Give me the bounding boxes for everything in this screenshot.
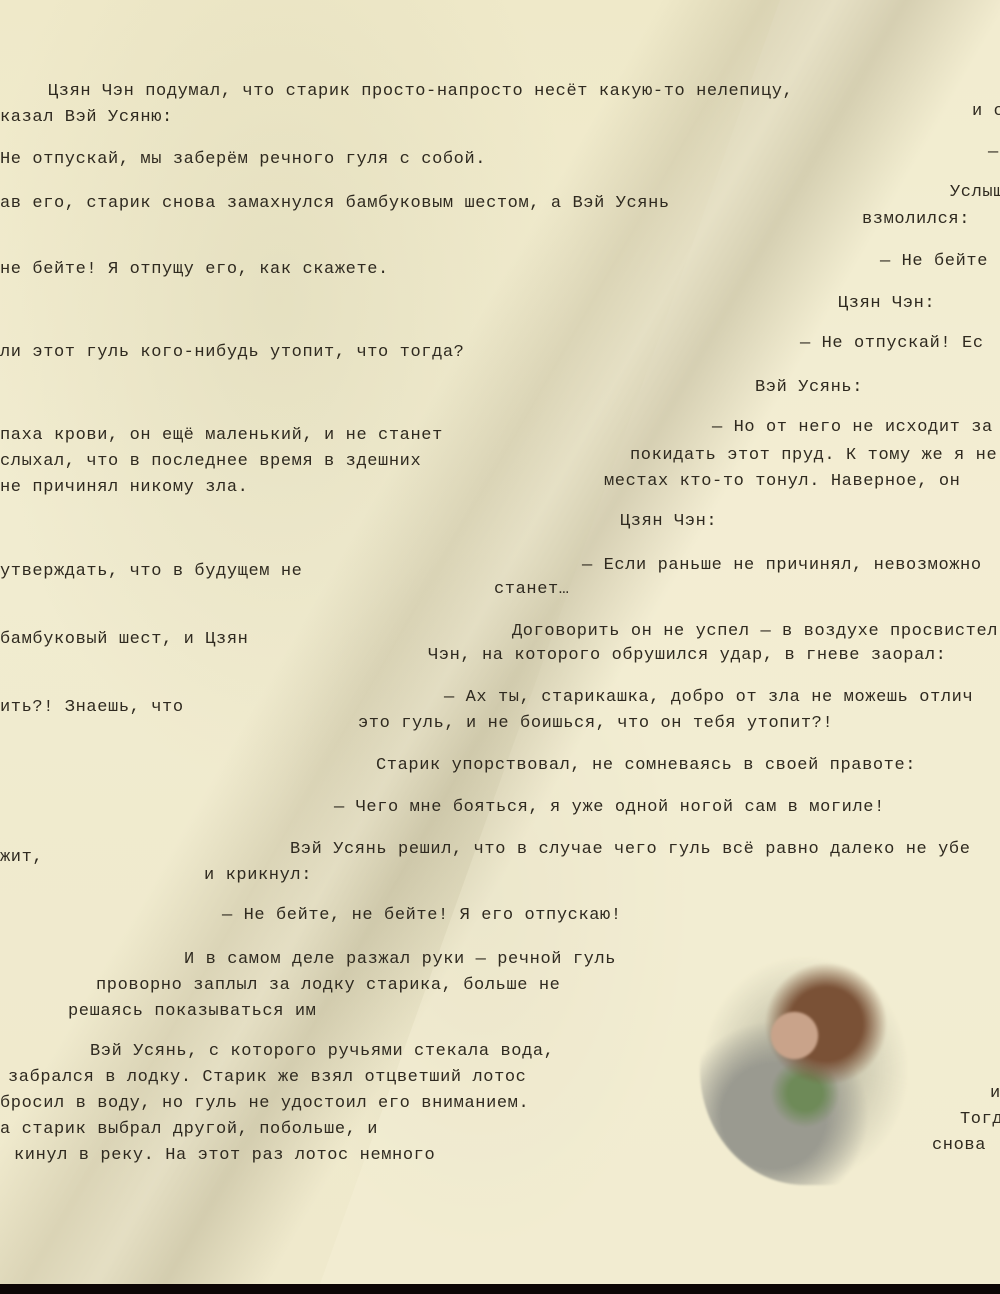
text-line: это гуль, и не боишься, что он тебя утоп… bbox=[358, 714, 833, 733]
text-line: кинул в реку. На этот раз лотос немного bbox=[14, 1146, 435, 1165]
text-line: Вэй Усянь, с которого ручьями стекала во… bbox=[90, 1042, 554, 1061]
text-line: казал Вэй Усяню: bbox=[0, 108, 173, 127]
text-line: а старик выбрал другой, побольше, и bbox=[0, 1120, 378, 1139]
text-line: Не отпускай, мы заберём речного гуля с с… bbox=[0, 150, 486, 169]
text-line: Цзян Чэн: bbox=[838, 294, 935, 313]
text-line: — Не отпускай! Ес bbox=[800, 334, 984, 353]
text-line: и крикнул: bbox=[204, 866, 312, 885]
text-line: взмолился: bbox=[862, 210, 970, 229]
text-line: — Если раньше не причинял, невозможно bbox=[582, 556, 982, 575]
text-line: и bbox=[990, 1084, 1000, 1103]
text-line: жит, bbox=[0, 848, 43, 867]
text-line: ав его, старик снова замахнулся бамбуков… bbox=[0, 194, 670, 213]
scanned-book-page: Цзян Чэн подумал, что старик просто-напр… bbox=[0, 0, 1000, 1284]
text-line: снова bbox=[932, 1136, 986, 1155]
text-line: проворно заплыл за лодку старика, больше… bbox=[96, 976, 560, 995]
text-line: покидать этот пруд. К тому же я не bbox=[630, 446, 997, 465]
text-line: Цзян Чэн подумал, что старик просто-напр… bbox=[48, 82, 793, 101]
text-line: — Не бейте bbox=[880, 252, 988, 271]
text-line: Вэй Усянь решил, что в случае чего гуль … bbox=[290, 840, 971, 859]
text-line: — Но от него не исходит за bbox=[712, 418, 993, 437]
text-line: слыхал, что в последнее время в здешних bbox=[0, 452, 421, 471]
text-line: решаясь показываться им bbox=[68, 1002, 316, 1021]
text-line: Услыш bbox=[950, 183, 1000, 202]
text-line: Договорить он не успел — в воздухе просв… bbox=[512, 622, 998, 641]
text-line: Чэн, на которого обрушился удар, в гневе… bbox=[428, 646, 946, 665]
character-illustration bbox=[700, 955, 910, 1185]
text-line: — Чего мне бояться, я уже одной ногой са… bbox=[334, 798, 885, 817]
text-line: Цзян Чэн: bbox=[620, 512, 717, 531]
text-line: и с bbox=[972, 102, 1000, 121]
bottom-edge bbox=[0, 1284, 1000, 1294]
text-line: И в самом деле разжал руки — речной гуль bbox=[184, 950, 616, 969]
text-line: забрался в лодку. Старик же взял отцветш… bbox=[8, 1068, 526, 1087]
text-line: Вэй Усянь: bbox=[755, 378, 863, 397]
text-line: Старик упорствовал, не сомневаясь в свое… bbox=[376, 756, 916, 775]
text-line: бамбуковый шест, и Цзян bbox=[0, 630, 248, 649]
text-line: утверждать, что в будущем не bbox=[0, 562, 302, 581]
text-line: — Не бейте, не бейте! Я его отпускаю! bbox=[222, 906, 622, 925]
text-line: не бейте! Я отпущу его, как скажете. bbox=[0, 260, 389, 279]
text-line: — bbox=[988, 143, 999, 162]
text-line: — Ах ты, старикашка, добро от зла не мож… bbox=[444, 688, 973, 707]
text-line: бросил в воду, но гуль не удостоил его в… bbox=[0, 1094, 529, 1113]
text-line: паха крови, он ещё маленький, и не стане… bbox=[0, 426, 443, 445]
text-line: ли этот гуль кого-нибудь утопит, что тог… bbox=[0, 343, 464, 362]
text-line: станет… bbox=[494, 580, 570, 599]
text-line: Тогда bbox=[960, 1110, 1000, 1129]
text-line: местах кто-то тонул. Наверное, он bbox=[604, 472, 960, 491]
text-line: ить?! Знаешь, что bbox=[0, 698, 184, 717]
text-line: не причинял никому зла. bbox=[0, 478, 248, 497]
